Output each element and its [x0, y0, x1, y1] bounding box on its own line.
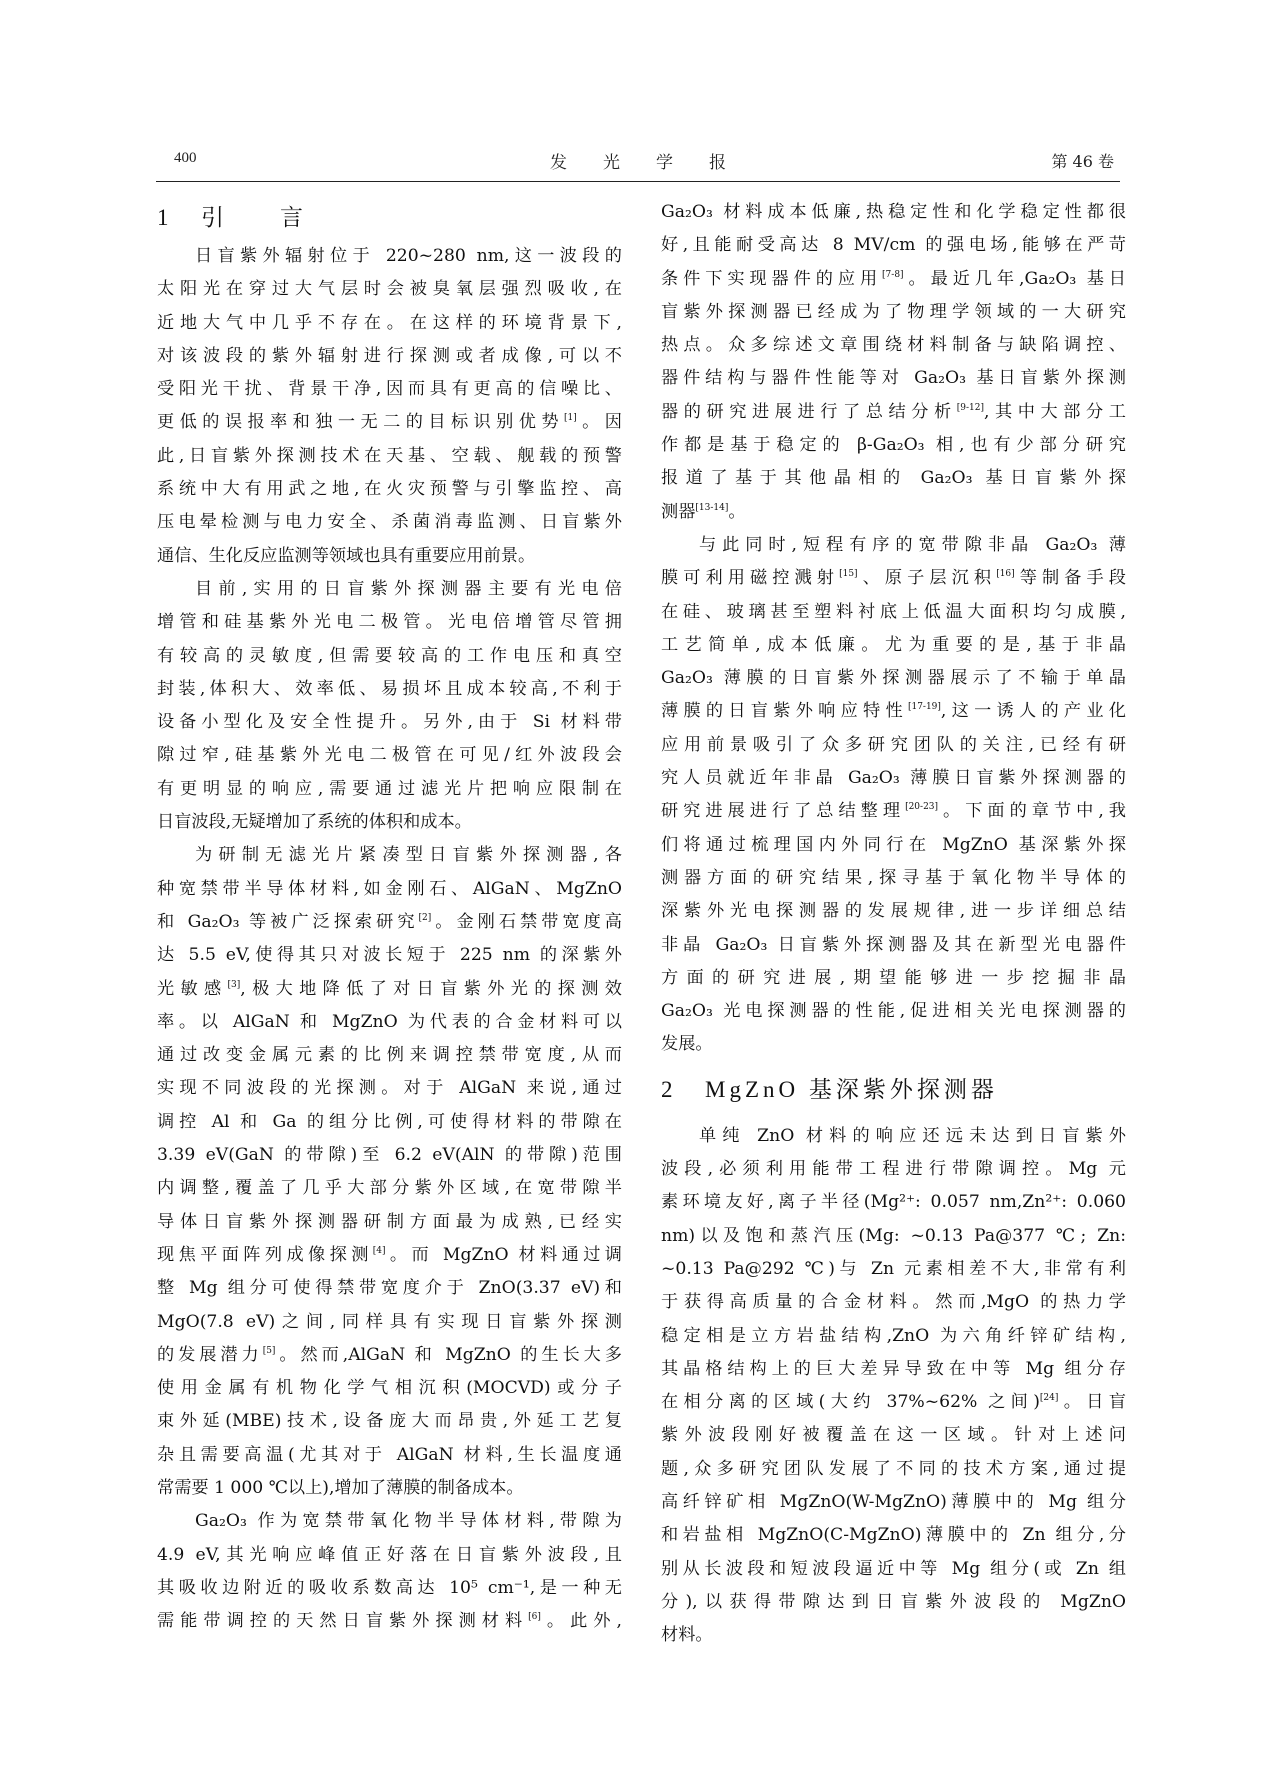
text-span: 日盲紫外辐射位于 220~280 nm,这一波段的 [195, 246, 622, 266]
text-span: Ga₂O₃ 薄膜的日盲紫外探测器展示了不输于单晶 [661, 668, 1126, 688]
text-line: 光敏感[3],极大地降低了对日盲紫外光的探测效 [157, 973, 622, 1006]
text-span: 目前,实用的日盲紫外探测器主要有光电倍 [195, 579, 622, 599]
text-line: 需能带调控的天然日盲紫外探测材料[6]。此外, [157, 1605, 622, 1638]
text-span: 调控 Al 和 Ga 的组分比例,可使得材料的带隙在 [157, 1112, 622, 1132]
volume-label: 第 46 卷 [1051, 149, 1114, 172]
text-span: 常需要 1 000 ℃以上),增加了薄膜的制备成本。 [157, 1478, 524, 1498]
text-line: 分),以获得带隙达到日盲紫外波段的 MgZnO [661, 1586, 1126, 1619]
text-span: 发展。 [661, 1034, 713, 1054]
text-line: 方面的研究进展,期望能够进一步挖掘非晶 [661, 962, 1126, 995]
citation-ref: [6] [528, 1612, 541, 1622]
text-line: 增管和硅基紫外光电二极管。光电倍增管尽管拥 [157, 606, 622, 639]
text-span: 素环境友好,离子半径(Mg²⁺: 0.057 nm,Zn²⁺: 0.060 [661, 1192, 1126, 1212]
text-line: 应用前景吸引了众多研究团队的关注,已经有研 [661, 729, 1126, 762]
text-line: 别从长波段和短波段逼近中等 Mg 组分(或 Zn 组 [661, 1553, 1126, 1586]
text-line: 导体日盲紫外探测器研制方面最为成熟,已经实 [157, 1206, 622, 1239]
text-span: 束外延(MBE)技术,设备庞大而昂贵,外延工艺复 [157, 1411, 622, 1431]
text-span: 。此外, [541, 1611, 622, 1631]
text-line: 高纤锌矿相 MgZnO(W-MgZnO)薄膜中的 Mg 组分 [661, 1486, 1126, 1519]
text-span: 光敏感 [157, 979, 228, 999]
text-line: 器的研究进展进行了总结分析[9-12],其中大部分工 [661, 396, 1126, 429]
text-span: 。然而,AlGaN 和 MgZnO 的生长大多 [275, 1345, 622, 1365]
header-divider [156, 181, 1120, 182]
text-line: 束外延(MBE)技术,设备庞大而昂贵,外延工艺复 [157, 1405, 622, 1438]
text-line: 目前,实用的日盲紫外探测器主要有光电倍 [157, 573, 622, 606]
text-line: Ga₂O₃ 材料成本低廉,热稳定性和化学稳定性都很 [661, 196, 1126, 229]
text-line: 3.39 eV(GaN 的带隙)至 6.2 eV(AlN 的带隙)范围 [157, 1139, 622, 1172]
text-span: 更低的误报率和独一无二的目标识别优势 [157, 412, 564, 432]
text-span: 好,且能耐受高达 8 MV/cm 的强电场,能够在严苛 [661, 235, 1126, 255]
text-span: 。而 MgZnO 材料通过调 [386, 1245, 622, 1265]
text-line: 日盲紫外辐射位于 220~280 nm,这一波段的 [157, 240, 622, 273]
text-span: 系统中大有用武之地,在火灾预警与引擎监控、高 [157, 479, 622, 499]
text-line: 4.9 eV,其光响应峰值正好落在日盲紫外波段,且 [157, 1539, 622, 1572]
text-span: MgO(7.8 eV)之间,同样具有实现日盲紫外探测 [157, 1312, 622, 1332]
text-span: 深紫外光电探测器的发展规律,进一步详细总结 [661, 901, 1126, 921]
citation-ref: [20-23] [905, 802, 938, 812]
text-line: 素环境友好,离子半径(Mg²⁺: 0.057 nm,Zn²⁺: 0.060 [661, 1186, 1126, 1219]
text-line: 稳定相是立方岩盐结构,ZnO 为六角纤锌矿结构, [661, 1320, 1126, 1353]
text-line: Ga₂O₃ 作为宽禁带氧化物半导体材料,带隙为 [157, 1505, 622, 1538]
citation-ref: [1] [564, 413, 577, 423]
text-line: 通信、生化反应监测等领域也具有重要应用前景。 [157, 540, 622, 573]
text-span: 其吸收边附近的吸收系数高达 10⁵ cm⁻¹,是一种无 [157, 1578, 622, 1598]
text-span: 测器方面的研究结果,探寻基于氧化物半导体的 [661, 868, 1126, 888]
text-span: 太阳光在穿过大气层时会被臭氧层强烈吸收,在 [157, 279, 622, 299]
text-line: 其晶格结构上的巨大差异导致在中等 Mg 组分存 [661, 1353, 1126, 1386]
text-span: ,极大地降低了对日盲紫外光的探测效 [240, 979, 622, 999]
text-span: 近地大气中几乎不存在。在这样的环境背景下, [157, 313, 622, 333]
left-body-text: 日盲紫外辐射位于 220~280 nm,这一波段的太阳光在穿过大气层时会被臭氧层… [157, 240, 622, 1638]
text-span: 封装,体积大、效率低、易损坏且成本较高,不利于 [157, 679, 622, 699]
text-span: 单纯 ZnO 材料的响应还远未达到日盲紫外 [699, 1126, 1126, 1146]
text-span: 器的研究进展进行了总结分析 [661, 402, 957, 422]
text-line: 题,众多研究团队发展了不同的技术方案,通过提 [661, 1453, 1126, 1486]
text-line: 压电晕检测与电力安全、杀菌消毒监测、日盲紫外 [157, 506, 622, 539]
text-span: Ga₂O₃ 光电探测器的性能,促进相关光电探测器的 [661, 1001, 1126, 1021]
text-line: 测器方面的研究结果,探寻基于氧化物半导体的 [661, 862, 1126, 895]
text-line: 热点。众多综述文章围绕材料制备与缺陷调控、 [661, 329, 1126, 362]
text-span: 热点。众多综述文章围绕材料制备与缺陷调控、 [661, 335, 1126, 355]
text-span: 需能带调控的天然日盲紫外探测材料 [157, 1611, 528, 1631]
text-line: 深紫外光电探测器的发展规律,进一步详细总结 [661, 895, 1126, 928]
text-line: 工艺简单,成本低廉。尤为重要的是,基于非晶 [661, 629, 1126, 662]
text-span: 达 5.5 eV,使得其只对波长短于 225 nm 的深紫外 [157, 945, 622, 965]
citation-ref: [15] [839, 569, 857, 579]
text-line: 在硅、玻璃甚至塑料衬底上低温大面积均匀成膜, [661, 596, 1126, 629]
citation-ref: [13-14] [695, 503, 728, 513]
section-title: 引言 [201, 205, 359, 231]
text-span: 种宽禁带半导体材料,如金刚石、AlGaN、MgZnO [157, 879, 622, 899]
right-column: Ga₂O₃ 材料成本低廉,热稳定性和化学稳定性都很好,且能耐受高达 8 MV/c… [661, 196, 1126, 1652]
text-line: 日盲波段,无疑增加了系统的体积和成本。 [157, 806, 622, 839]
citation-ref: [4] [373, 1246, 386, 1256]
text-span: 增管和硅基紫外光电二极管。光电倍增管尽管拥 [157, 612, 622, 632]
section-number: 1 [157, 196, 201, 240]
text-line: 研究进展进行了总结整理[20-23]。下面的章节中,我 [661, 795, 1126, 828]
text-line: 其吸收边附近的吸收系数高达 10⁵ cm⁻¹,是一种无 [157, 1572, 622, 1605]
text-line: 薄膜的日盲紫外响应特性[17-19],这一诱人的产业化 [661, 695, 1126, 728]
right-body-text-intro: Ga₂O₃ 材料成本低廉,热稳定性和化学稳定性都很好,且能耐受高达 8 MV/c… [661, 196, 1126, 1062]
text-line: 和 Ga₂O₃ 等被广泛探索研究[2]。金刚石禁带宽度高 [157, 906, 622, 939]
text-span: 其晶格结构上的巨大差异导致在中等 Mg 组分存 [661, 1359, 1126, 1379]
text-span: 内调整,覆盖了几乎大部分紫外区域,在宽带隙半 [157, 1178, 622, 1198]
text-span: 分),以获得带隙达到日盲紫外波段的 MgZnO [661, 1592, 1126, 1612]
text-line: 单纯 ZnO 材料的响应还远未达到日盲紫外 [661, 1120, 1126, 1153]
text-line: 有较高的灵敏度,但需要较高的工作电压和真空 [157, 640, 622, 673]
text-span: 在硅、玻璃甚至塑料衬底上低温大面积均匀成膜, [661, 602, 1126, 622]
text-span: 测器 [661, 502, 695, 522]
text-span: 工艺简单,成本低廉。尤为重要的是,基于非晶 [661, 635, 1126, 655]
text-span: 。因 [577, 412, 622, 432]
text-line: 实现不同波段的光探测。对于 AlGaN 来说,通过 [157, 1072, 622, 1105]
text-span: 、原子层沉积 [858, 568, 997, 588]
text-span: 日盲波段,无疑增加了系统的体积和成本。 [157, 812, 472, 832]
section-heading-2: 2MgZnO 基深紫外探测器 [661, 1068, 1126, 1112]
text-line: 非晶 Ga₂O₃ 日盲紫外探测器及其在新型光电器件 [661, 929, 1126, 962]
text-line: 盲紫外探测器已经成为了物理学领域的一大研究 [661, 296, 1126, 329]
text-line: 调控 Al 和 Ga 的组分比例,可使得材料的带隙在 [157, 1106, 622, 1139]
text-line: 与此同时,短程有序的宽带隙非晶 Ga₂O₃ 薄 [661, 529, 1126, 562]
text-line: 系统中大有用武之地,在火灾预警与引擎监控、高 [157, 473, 622, 506]
text-line: Ga₂O₃ 光电探测器的性能,促进相关光电探测器的 [661, 995, 1126, 1028]
text-span: 杂且需要高温(尤其对于 AlGaN 材料,生长温度通 [157, 1445, 622, 1465]
text-span: 和岩盐相 MgZnO(C-MgZnO)薄膜中的 Zn 组分,分 [661, 1525, 1126, 1545]
text-line: 紫外波段刚好被覆盖在这一区域。针对上述问 [661, 1419, 1126, 1452]
text-line: ~0.13 Pa@292 ℃)与 Zn 元素相差不大,非常有利 [661, 1253, 1126, 1286]
text-span: 隙过窄,硅基紫外光电二极管在可见/红外波段会 [157, 745, 622, 765]
text-span: 3.39 eV(GaN 的带隙)至 6.2 eV(AlN 的带隙)范围 [157, 1145, 622, 1165]
text-span: 此,日盲紫外探测技术在天基、空载、舰载的预警 [157, 446, 622, 466]
text-span: 与此同时,短程有序的宽带隙非晶 Ga₂O₃ 薄 [699, 535, 1126, 555]
text-line: 究人员就近年非晶 Ga₂O₃ 薄膜日盲紫外探测器的 [661, 762, 1126, 795]
text-line: 常需要 1 000 ℃以上),增加了薄膜的制备成本。 [157, 1472, 622, 1505]
section-number: 2 [661, 1068, 705, 1112]
text-line: 和岩盐相 MgZnO(C-MgZnO)薄膜中的 Zn 组分,分 [661, 1519, 1126, 1552]
text-span: 。 [728, 502, 745, 522]
text-span: 作都是基于稳定的 β-Ga₂O₃ 相,也有少部分研究 [661, 435, 1126, 455]
text-span: 受阳光干扰、背景干净,因而具有更高的信噪比、 [157, 379, 622, 399]
text-span: 在相分离的区域(大约 37%~62% 之间) [661, 1392, 1040, 1412]
text-span: 压电晕检测与电力安全、杀菌消毒监测、日盲紫外 [157, 512, 622, 532]
text-line: 于获得高质量的合金材料。然而,MgO 的热力学 [661, 1286, 1126, 1319]
text-span: 题,众多研究团队发展了不同的技术方案,通过提 [661, 1459, 1126, 1479]
text-line: 报道了基于其他晶相的 Ga₂O₃ 基日盲紫外探 [661, 462, 1126, 495]
section-heading-1: 1引言 [157, 196, 622, 240]
text-line: 膜可利用磁控溅射[15]、原子层沉积[16]等制备手段 [661, 562, 1126, 595]
text-line: nm)以及饱和蒸汽压(Mg: ~0.13 Pa@377 ℃; Zn: [661, 1220, 1126, 1253]
text-line: 们将通过梳理国内外同行在 MgZnO 基深紫外探 [661, 829, 1126, 862]
text-line: 通过改变金属元素的比例来调控禁带宽度,从而 [157, 1039, 622, 1072]
text-line: 发展。 [661, 1028, 1126, 1061]
text-span: 应用前景吸引了众多研究团队的关注,已经有研 [661, 735, 1126, 755]
text-line: 有更明显的响应,需要通过滤光片把响应限制在 [157, 773, 622, 806]
text-span: 非晶 Ga₂O₃ 日盲紫外探测器及其在新型光电器件 [661, 935, 1126, 955]
text-span: ,其中大部分工 [984, 402, 1126, 422]
text-line: 种宽禁带半导体材料,如金刚石、AlGaN、MgZnO [157, 873, 622, 906]
text-line: 现焦平面阵列成像探测[4]。而 MgZnO 材料通过调 [157, 1239, 622, 1272]
text-line: 对该波段的紫外辐射进行探测或者成像,可以不 [157, 340, 622, 373]
left-column: 1引言 日盲紫外辐射位于 220~280 nm,这一波段的太阳光在穿过大气层时会… [157, 196, 622, 1638]
text-span: 报道了基于其他晶相的 Ga₂O₃ 基日盲紫外探 [661, 468, 1126, 488]
text-span: nm)以及饱和蒸汽压(Mg: ~0.13 Pa@377 ℃; Zn: [661, 1226, 1126, 1246]
text-span: Ga₂O₃ 材料成本低廉,热稳定性和化学稳定性都很 [661, 202, 1126, 222]
citation-ref: [24] [1040, 1393, 1058, 1403]
text-span: 和 Ga₂O₃ 等被广泛探索研究 [157, 912, 419, 932]
text-line: 使用金属有机物化学气相沉积(MOCVD)或分子 [157, 1372, 622, 1405]
citation-ref: [9-12] [957, 403, 984, 413]
running-header: 400 发光学报 第 46 卷 [156, 146, 1120, 182]
text-span: 4.9 eV,其光响应峰值正好落在日盲紫外波段,且 [157, 1545, 622, 1565]
text-span: 波段,必须利用能带工程进行带隙调控。Mg 元 [661, 1159, 1126, 1179]
text-line: 作都是基于稳定的 β-Ga₂O₃ 相,也有少部分研究 [661, 429, 1126, 462]
text-span: 为研制无滤光片紧凑型日盲紫外探测器,各 [195, 845, 622, 865]
text-line: 器件结构与器件性能等对 Ga₂O₃ 基日盲紫外探测 [661, 362, 1126, 395]
text-line: 达 5.5 eV,使得其只对波长短于 225 nm 的深紫外 [157, 939, 622, 972]
text-span: 。金刚石禁带宽度高 [431, 912, 622, 932]
text-line: 设备小型化及安全性提升。另外,由于 Si 材料带 [157, 706, 622, 739]
text-span: 方面的研究进展,期望能够进一步挖掘非晶 [661, 968, 1126, 988]
citation-ref: [5] [263, 1346, 276, 1356]
text-span: 盲紫外探测器已经成为了物理学领域的一大研究 [661, 302, 1126, 322]
text-span: ,这一诱人的产业化 [941, 701, 1126, 721]
text-span: 现焦平面阵列成像探测 [157, 1245, 373, 1265]
text-span: 有更明显的响应,需要通过滤光片把响应限制在 [157, 779, 622, 799]
text-span: 通过改变金属元素的比例来调控禁带宽度,从而 [157, 1045, 622, 1065]
text-line: 测器[13-14]。 [661, 496, 1126, 529]
right-body-text-section2: 单纯 ZnO 材料的响应还远未达到日盲紫外波段,必须利用能带工程进行带隙调控。M… [661, 1120, 1126, 1653]
text-line: 内调整,覆盖了几乎大部分紫外区域,在宽带隙半 [157, 1172, 622, 1205]
text-span: 等制备手段 [1015, 568, 1126, 588]
text-span: 条件下实现器件的应用 [661, 269, 882, 289]
text-span: 有较高的灵敏度,但需要较高的工作电压和真空 [157, 646, 622, 666]
text-span: 的发展潜力 [157, 1345, 263, 1365]
text-span: 高纤锌矿相 MgZnO(W-MgZnO)薄膜中的 Mg 组分 [661, 1492, 1126, 1512]
text-line: 波段,必须利用能带工程进行带隙调控。Mg 元 [661, 1153, 1126, 1186]
text-line: 条件下实现器件的应用[7-8]。最近几年,Ga₂O₃ 基日 [661, 263, 1126, 296]
section-title: MgZnO 基深紫外探测器 [705, 1077, 998, 1102]
text-span: 使用金属有机物化学气相沉积(MOCVD)或分子 [157, 1378, 622, 1398]
text-line: 隙过窄,硅基紫外光电二极管在可见/红外波段会 [157, 739, 622, 772]
text-line: Ga₂O₃ 薄膜的日盲紫外探测器展示了不输于单晶 [661, 662, 1126, 695]
text-span: 对该波段的紫外辐射进行探测或者成像,可以不 [157, 346, 622, 366]
text-line: 此,日盲紫外探测技术在天基、空载、舰载的预警 [157, 440, 622, 473]
text-span: ~0.13 Pa@292 ℃)与 Zn 元素相差不大,非常有利 [661, 1259, 1126, 1279]
citation-ref: [3] [228, 980, 241, 990]
text-line: 更低的误报率和独一无二的目标识别优势[1]。因 [157, 406, 622, 439]
text-line: 为研制无滤光片紧凑型日盲紫外探测器,各 [157, 839, 622, 872]
citation-ref: [17-19] [908, 702, 941, 712]
text-span: 设备小型化及安全性提升。另外,由于 Si 材料带 [157, 712, 622, 732]
citation-ref: [2] [419, 913, 432, 923]
text-line: 整 Mg 组分可使得禁带宽度介于 ZnO(3.37 eV)和 [157, 1272, 622, 1305]
text-line: 好,且能耐受高达 8 MV/cm 的强电场,能够在严苛 [661, 229, 1126, 262]
text-line: 在相分离的区域(大约 37%~62% 之间)[24]。日盲 [661, 1386, 1126, 1419]
text-span: 紫外波段刚好被覆盖在这一区域。针对上述问 [661, 1425, 1126, 1445]
text-span: 。最近几年,Ga₂O₃ 基日 [904, 269, 1126, 289]
text-line: 受阳光干扰、背景干净,因而具有更高的信噪比、 [157, 373, 622, 406]
citation-ref: [16] [996, 569, 1014, 579]
text-span: 整 Mg 组分可使得禁带宽度介于 ZnO(3.37 eV)和 [157, 1278, 622, 1298]
text-span: 薄膜的日盲紫外响应特性 [661, 701, 908, 721]
text-span: 稳定相是立方岩盐结构,ZnO 为六角纤锌矿结构, [661, 1326, 1126, 1346]
text-span: 别从长波段和短波段逼近中等 Mg 组分(或 Zn 组 [661, 1559, 1126, 1579]
text-span: 。日盲 [1058, 1392, 1126, 1412]
text-line: 近地大气中几乎不存在。在这样的环境背景下, [157, 307, 622, 340]
text-line: MgO(7.8 eV)之间,同样具有实现日盲紫外探测 [157, 1306, 622, 1339]
text-span: 率。以 AlGaN 和 MgZnO 为代表的合金材料可以 [157, 1012, 622, 1032]
text-span: 膜可利用磁控溅射 [661, 568, 839, 588]
text-span: 于获得高质量的合金材料。然而,MgO 的热力学 [661, 1292, 1126, 1312]
text-span: 研究进展进行了总结整理 [661, 801, 905, 821]
journal-title: 发光学报 [156, 148, 1120, 173]
text-span: 材料。 [661, 1625, 713, 1645]
text-span: 通信、生化反应监测等领域也具有重要应用前景。 [157, 546, 535, 566]
text-line: 杂且需要高温(尤其对于 AlGaN 材料,生长温度通 [157, 1439, 622, 1472]
text-span: 们将通过梳理国内外同行在 MgZnO 基深紫外探 [661, 835, 1126, 855]
text-line: 率。以 AlGaN 和 MgZnO 为代表的合金材料可以 [157, 1006, 622, 1039]
text-span: 实现不同波段的光探测。对于 AlGaN 来说,通过 [157, 1078, 622, 1098]
text-line: 的发展潜力[5]。然而,AlGaN 和 MgZnO 的生长大多 [157, 1339, 622, 1372]
text-line: 太阳光在穿过大气层时会被臭氧层强烈吸收,在 [157, 273, 622, 306]
text-span: 。下面的章节中,我 [938, 801, 1126, 821]
text-line: 材料。 [661, 1619, 1126, 1652]
citation-ref: [7-8] [882, 270, 904, 280]
text-span: Ga₂O₃ 作为宽禁带氧化物半导体材料,带隙为 [195, 1511, 622, 1531]
text-span: 器件结构与器件性能等对 Ga₂O₃ 基日盲紫外探测 [661, 368, 1126, 388]
text-line: 封装,体积大、效率低、易损坏且成本较高,不利于 [157, 673, 622, 706]
text-span: 究人员就近年非晶 Ga₂O₃ 薄膜日盲紫外探测器的 [661, 768, 1126, 788]
text-span: 导体日盲紫外探测器研制方面最为成熟,已经实 [157, 1212, 622, 1232]
